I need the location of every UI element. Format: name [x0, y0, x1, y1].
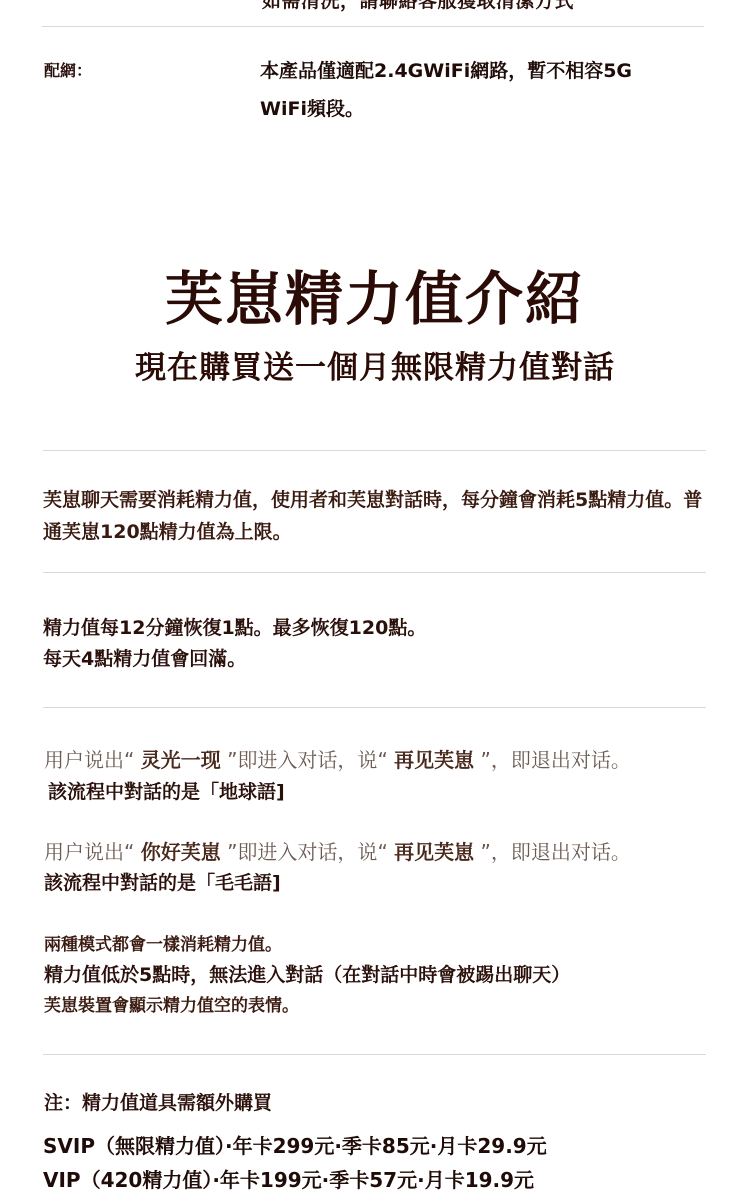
divider: [43, 1054, 706, 1055]
pricing-note: 注：精力值道具需額外購買: [44, 1088, 272, 1115]
mode-earth-instruction: 用户说出“ 灵光一现 ”即进入对话，说“ 再见芙崽 ”，即退出对话。: [44, 744, 724, 776]
plan-name: SVIP（無限精力值）: [43, 1134, 225, 1158]
mode-middle: 即进入对话，说: [237, 748, 377, 772]
mode-earth-dialect: 該流程中對話的是「地球語]: [48, 777, 285, 807]
network-spec-value: 本產品僅適配2.4GWiFi網路，暫不相容5G WiFi頻段。: [260, 52, 680, 128]
rule-line-3: 芙崽裝置會顯示精力值空的表情。: [44, 991, 299, 1021]
consumption-paragraph: 芙崽聊天需要消耗精力值，使用者和芙崽對話時，每分鐘會消耗5點精力值。普通芙崽12…: [43, 484, 703, 548]
price-row-svip: SVIP（無限精力值）·年卡299元·季卡85元·月卡29.9元: [43, 1130, 547, 1159]
mode-fur-dialect: 該流程中對話的是「毛毛語]: [44, 868, 281, 898]
enter-phrase: 你好芙崽: [141, 840, 221, 864]
divider: [43, 707, 706, 708]
enter-phrase: 灵光一现: [141, 748, 221, 772]
cleaning-note-partial: 如需清洗，請聯絡客服獲取清潔方式: [262, 0, 574, 13]
network-spec-label: 配網：: [44, 58, 92, 81]
divider: [42, 26, 704, 27]
divider: [43, 450, 706, 451]
plan-name: VIP（420精力值）: [43, 1168, 212, 1192]
page-subtitle: 現在購買送一個月無限精力值對話: [0, 342, 750, 387]
mode-prefix: 用户说出: [44, 748, 124, 772]
divider: [43, 572, 706, 573]
recovery-line-1: 精力值每12分鐘恢復1點。最多恢復120點。: [43, 612, 703, 644]
mode-fur-instruction: 用户说出“ 你好芙崽 ”即进入对话，说“ 再见芙崽 ”，即退出对话。: [44, 836, 724, 868]
mode-suffix: ，即退出对话。: [491, 748, 631, 772]
rule-line-2: 精力值低於5點時，無法進入對話（在對話中時會被踢出聊天）: [44, 960, 570, 990]
mode-suffix: ，即退出对话。: [491, 840, 631, 864]
page-title: 芙崽精力值介紹: [0, 252, 750, 336]
plan-details: ·年卡199元·季卡57元·月卡19.9元: [212, 1168, 534, 1192]
plan-details: ·年卡299元·季卡85元·月卡29.9元: [225, 1134, 547, 1158]
mode-middle: 即进入对话，说: [237, 840, 377, 864]
exit-phrase: 再见芙崽: [394, 840, 474, 864]
rule-line-1: 兩種模式都會一樣消耗精力值。: [44, 930, 282, 960]
recovery-line-2: 每天4點精力值會回滿。: [43, 643, 703, 675]
exit-phrase: 再见芙崽: [394, 748, 474, 772]
mode-prefix: 用户说出: [44, 840, 124, 864]
price-row-vip: VIP（420精力值）·年卡199元·季卡57元·月卡19.9元: [43, 1164, 534, 1193]
